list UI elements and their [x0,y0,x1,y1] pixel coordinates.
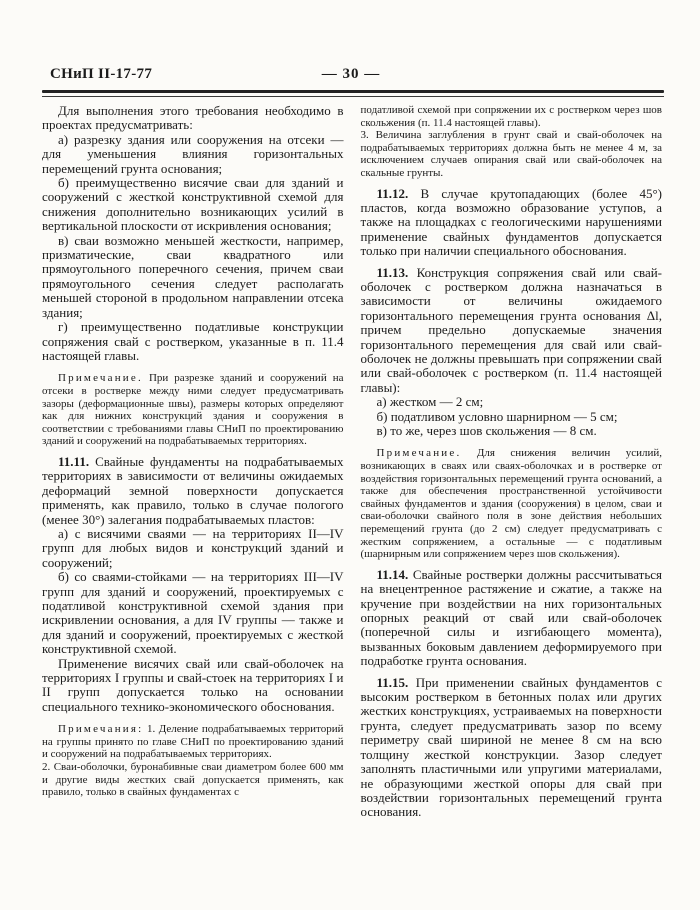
paragraph: б) преимущественно висячие сваи для здан… [42,176,344,234]
paragraph: Применение висячих свай или свай-оболоче… [42,657,344,715]
paragraph-text: в) то же, через шов скольжения — 8 см. [377,423,597,438]
paragraph-text: а) разрезку здания или сооружения на отс… [42,132,344,176]
paragraph-text: в) сваи возможно меньшей жесткости, напр… [42,233,344,320]
note-paragraph: 3. Величина заглубления в грунт свай и с… [361,129,663,179]
paragraph: б) со сваями-стойками — на территориях I… [42,570,344,656]
note-paragraph: 2. Сваи-оболочки, буронабивные сваи диам… [42,761,344,799]
section-number: 11.11. [58,454,89,469]
note-label: Примечания: [58,723,143,735]
paragraph-text: Для снижения величин усилий, возникающих… [361,447,663,560]
note-label: Примечание. [377,447,462,459]
paragraph-text: Конструкция сопряжения свай или свай-обо… [361,265,663,395]
paragraph-text: б) со сваями-стойками — на территориях I… [42,569,344,656]
page-header: СНиП II-17-77 — 30 — [42,66,660,88]
section-number: 11.14. [377,567,409,582]
header-rule-thick [42,90,664,93]
paragraph: б) податливом условно шарнирном — 5 см; [361,410,663,424]
paragraph-text: 2. Сваи-оболочки, буронабивные сваи диам… [42,761,344,798]
paragraph-text: б) податливом условно шарнирном — 5 см; [377,409,618,424]
section-number: 11.15. [377,675,409,690]
note-paragraph: Примечания: 1. Деление подрабатываемых т… [42,723,344,761]
paragraph: Для выполнения этого требования необходи… [42,104,344,133]
paragraph: а) разрезку здания или сооружения на отс… [42,133,344,176]
paragraph-text: При применении свайных фундаментов с выс… [361,675,663,820]
paragraph-text: б) преимущественно висячие сваи для здан… [42,175,344,233]
paragraph-text: 3. Величина заглубления в грунт свай и с… [361,129,663,179]
paragraph-text: Свайные ростверки должны рассчитываться … [361,567,663,668]
note-paragraph: Примечание. Для снижения величин усилий,… [361,447,663,560]
text-body: Для выполнения этого требования необходи… [42,104,662,902]
section-paragraph: 11.14. Свайные ростверки должны рассчиты… [361,568,663,669]
section-number: 11.12. [377,186,409,201]
paragraph: а) с висячими сваями — на территориях II… [42,527,344,570]
document-page: СНиП II-17-77 — 30 — Для выполнения этог… [0,0,700,910]
section-paragraph: 11.12. В случае крутопадающих (более 45°… [361,187,663,259]
paragraph-text: а) жестком — 2 см; [377,394,484,409]
section-paragraph: 11.13. Конструкция сопряжения свай или с… [361,266,663,396]
header-rule-thin [42,96,664,97]
page-number: — 30 — [42,66,660,83]
paragraph-text: Применение висячих свай или свай-оболоче… [42,656,344,714]
paragraph: в) сваи возможно меньшей жесткости, напр… [42,234,344,320]
text-column-right: податливой схемой при сопряжении их с ро… [361,104,663,902]
paragraph-text: податливой схемой при сопряжении их с ро… [361,104,663,129]
note-paragraph: Примечание. При разрезке зданий и сооруж… [42,372,344,448]
section-paragraph: 11.11. Свайные фундаменты на подрабатыва… [42,455,344,527]
section-number: 11.13. [377,265,409,280]
paragraph: в) то же, через шов скольжения — 8 см. [361,424,663,438]
note-label: Примечание. [58,372,143,384]
paragraph-text: г) преимущественно податливые конструкци… [42,319,344,363]
paragraph: а) жестком — 2 см; [361,395,663,409]
paragraph: г) преимущественно податливые конструкци… [42,320,344,363]
paragraph-text: а) с висячими сваями — на территориях II… [42,526,344,570]
text-column-left: Для выполнения этого требования необходи… [42,104,344,902]
paragraph-text: Для выполнения этого требования необходи… [42,104,344,132]
section-paragraph: 11.15. При применении свайных фундаменто… [361,676,663,820]
note-paragraph: податливой схемой при сопряжении их с ро… [361,104,663,129]
